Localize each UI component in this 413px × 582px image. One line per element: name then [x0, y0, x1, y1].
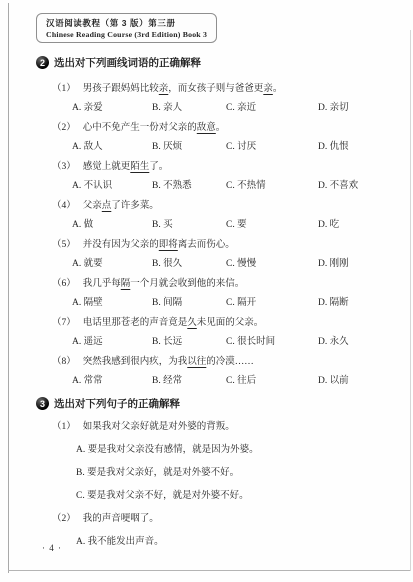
question-number: （2） [52, 510, 76, 524]
option: D. 永久 [318, 333, 395, 347]
question-text-part: 未见面的父亲。 [197, 318, 264, 328]
option: D. 亲切 [318, 99, 395, 113]
scan-edge-left [8, 3, 9, 573]
option-line: A. 我不能发出声音。 [36, 528, 395, 551]
option: B. 长远 [152, 333, 226, 347]
option: D. 以前 [318, 372, 395, 386]
underlined-word: 点 [102, 201, 112, 211]
question-sentence: （3）感觉上就更陌生了。 [36, 155, 395, 175]
sections: 2选出对下列画线词语的正确解释（1）男孩子跟妈妈比较亲，而女孩子则与爸爸更亲。A… [36, 55, 395, 551]
option-line: B. 要是我对父亲好，就是对外婆不好。 [36, 459, 395, 482]
book-title-zh: 汉语阅读教程（第 3 版）第三册 [46, 17, 207, 29]
scan-edge-bottom [8, 570, 411, 571]
question-text-part: 一个月就会收到他的来信。 [130, 279, 244, 289]
option: C. 亲近 [226, 99, 318, 113]
option: C. 慢慢 [226, 255, 318, 269]
question-text-part: 。 [216, 123, 226, 133]
question-sentence: （6）我几乎每隔一个月就会收到他的来信。 [36, 272, 395, 292]
question-text-part: 父亲 [83, 201, 102, 211]
underlined-word: 敌意 [197, 123, 216, 133]
option: C. 讨厌 [226, 138, 318, 152]
question-text: 感觉上就更陌生了。 [83, 158, 169, 172]
question-number: （3） [52, 158, 76, 172]
section-heading: 2选出对下列画线词语的正确解释 [36, 55, 395, 70]
option-line: A. 要是我对父亲没有感情，就是因为外婆。 [36, 436, 395, 459]
option: B. 经常 [152, 372, 226, 386]
option: D. 刚刚 [318, 255, 395, 269]
question-list: （1）男孩子跟妈妈比较亲，而女孩子则与爸爸更亲。A. 亲爱B. 亲人C. 亲近D… [36, 77, 395, 389]
question-number: （8） [52, 353, 76, 367]
section-number-badge: 2 [36, 56, 49, 69]
question-text-part: 感觉上就更 [83, 162, 131, 172]
question-number: （2） [52, 119, 76, 133]
question-number: （4） [52, 197, 76, 211]
question-sentence: （2）我的声音哽咽了。 [36, 505, 395, 528]
options-row: A. 做B. 买C. 要D. 吃 [36, 214, 395, 234]
option: C. 不热情 [226, 177, 318, 191]
question-text-part: 我的声音哽咽了。 [83, 514, 159, 524]
question-sentence: （1）如果我对父亲好就是对外婆的背叛。 [36, 413, 395, 436]
question-sentence: （1）男孩子跟妈妈比较亲，而女孩子则与爸爸更亲。 [36, 77, 395, 97]
question-text: 我的声音哽咽了。 [83, 510, 159, 524]
underlined-word: 即将 [159, 240, 178, 250]
options-row: A. 就要B. 很久C. 慢慢D. 刚刚 [36, 253, 395, 273]
option: A. 遥远 [72, 333, 152, 347]
section-number-badge: 3 [36, 397, 49, 410]
option: C. 隔开 [226, 294, 318, 308]
option: A. 亲爱 [72, 99, 152, 113]
option: D. 吃 [318, 216, 395, 230]
underlined-word: 亲 [263, 84, 273, 94]
textbook-page: 汉语阅读教程（第 3 版）第三册 Chinese Reading Course … [0, 0, 413, 582]
question-text: 突然我感到很内疚，为我以往的冷漠…… [83, 353, 254, 367]
option: A. 敌人 [72, 138, 152, 152]
underlined-word: 以往 [187, 357, 206, 367]
option: B. 亲人 [152, 99, 226, 113]
question-text: 我几乎每隔一个月就会收到他的来信。 [83, 275, 245, 289]
underlined-word: 隔 [121, 279, 131, 289]
option: A. 隔壁 [72, 294, 152, 308]
page-content: 汉语阅读教程（第 3 版）第三册 Chinese Reading Course … [36, 13, 395, 551]
option: D. 仇恨 [318, 138, 395, 152]
option: B. 很久 [152, 255, 226, 269]
option: A. 常常 [72, 372, 152, 386]
question-text-part: 男孩子跟妈妈比较 [83, 84, 159, 94]
question-text: 如果我对父亲好就是对外婆的背叛。 [83, 418, 235, 432]
question-text-part: 了。 [149, 162, 168, 172]
question-text: 电话里那苍老的声音竟是久未见面的父亲。 [83, 314, 264, 328]
question-text-part: 的冷漠…… [206, 357, 254, 367]
underlined-word: 陌生 [130, 162, 149, 172]
question-number: （7） [52, 314, 76, 328]
options-row: A. 敌人B. 厌烦C. 讨厌D. 仇恨 [36, 136, 395, 156]
option: A. 不认识 [72, 177, 152, 191]
question-text-part: 。 [273, 84, 283, 94]
book-title-en: Chinese Reading Course (3rd Edition) Boo… [46, 30, 207, 39]
question-text: 并没有因为父亲的即将离去而伤心。 [83, 236, 235, 250]
option: D. 不喜欢 [318, 177, 395, 191]
question-list: （1）如果我对父亲好就是对外婆的背叛。A. 要是我对父亲没有感情，就是因为外婆。… [36, 413, 395, 551]
scan-edge-right [410, 30, 411, 571]
underlined-word: 亲 [159, 84, 169, 94]
option: C. 往后 [226, 372, 318, 386]
question-number: （1） [52, 80, 76, 94]
question-text-part: 突然我感到很内疚，为我 [83, 357, 188, 367]
question-text-part: ，而女孩子则与爸爸更 [168, 84, 263, 94]
section-heading: 3选出对下列句子的正确解释 [36, 396, 395, 411]
question-number: （5） [52, 236, 76, 250]
option: D. 隔断 [318, 294, 395, 308]
question-sentence: （7）电话里那苍老的声音竟是久未见面的父亲。 [36, 311, 395, 331]
page-number: · 4 · [42, 543, 62, 553]
question-sentence: （2）心中不免产生一份对父亲的敌意。 [36, 116, 395, 136]
question-text-part: 电话里那苍老的声音竟是 [83, 318, 188, 328]
section-heading-text: 选出对下列句子的正确解释 [54, 396, 180, 411]
question-text-part: 了许多菜。 [111, 201, 159, 211]
option: B. 厌烦 [152, 138, 226, 152]
question-number: （6） [52, 275, 76, 289]
options-row: A. 不认识B. 不熟悉C. 不热情D. 不喜欢 [36, 175, 395, 195]
section-2: 2选出对下列画线词语的正确解释（1）男孩子跟妈妈比较亲，而女孩子则与爸爸更亲。A… [36, 55, 395, 389]
option: A. 就要 [72, 255, 152, 269]
question-sentence: （5）并没有因为父亲的即将离去而伤心。 [36, 233, 395, 253]
option: B. 买 [152, 216, 226, 230]
question-text: 心中不免产生一份对父亲的敌意。 [83, 119, 226, 133]
question-text-part: 心中不免产生一份对父亲的 [83, 123, 197, 133]
question-text: 男孩子跟妈妈比较亲，而女孩子则与爸爸更亲。 [83, 80, 283, 94]
option: B. 间隔 [152, 294, 226, 308]
option-line: C. 要是我对父亲不好，就是对外婆不好。 [36, 482, 395, 505]
option: A. 做 [72, 216, 152, 230]
options-row: A. 隔壁B. 间隔C. 隔开D. 隔断 [36, 292, 395, 312]
option: C. 要 [226, 216, 318, 230]
options-row: A. 遥远B. 长远C. 很长时间D. 永久 [36, 331, 395, 351]
question-sentence: （4）父亲点了许多菜。 [36, 194, 395, 214]
question-text-part: 离去而伤心。 [178, 240, 235, 250]
question-sentence: （8）突然我感到很内疚，为我以往的冷漠…… [36, 350, 395, 370]
question-text: 父亲点了许多菜。 [83, 197, 159, 211]
option: C. 很长时间 [226, 333, 318, 347]
question-text-part: 并没有因为父亲的 [83, 240, 159, 250]
section-3: 3选出对下列句子的正确解释（1）如果我对父亲好就是对外婆的背叛。A. 要是我对父… [36, 396, 395, 551]
question-number: （1） [52, 418, 76, 432]
underlined-word: 久 [187, 318, 197, 328]
question-text-part: 如果我对父亲好就是对外婆的背叛。 [83, 422, 235, 432]
options-row: A. 常常B. 经常C. 往后D. 以前 [36, 370, 395, 390]
section-heading-text: 选出对下列画线词语的正确解释 [54, 55, 201, 70]
option: B. 不熟悉 [152, 177, 226, 191]
book-header: 汉语阅读教程（第 3 版）第三册 Chinese Reading Course … [36, 13, 217, 43]
question-text-part: 我几乎每 [83, 279, 121, 289]
options-row: A. 亲爱B. 亲人C. 亲近D. 亲切 [36, 97, 395, 117]
